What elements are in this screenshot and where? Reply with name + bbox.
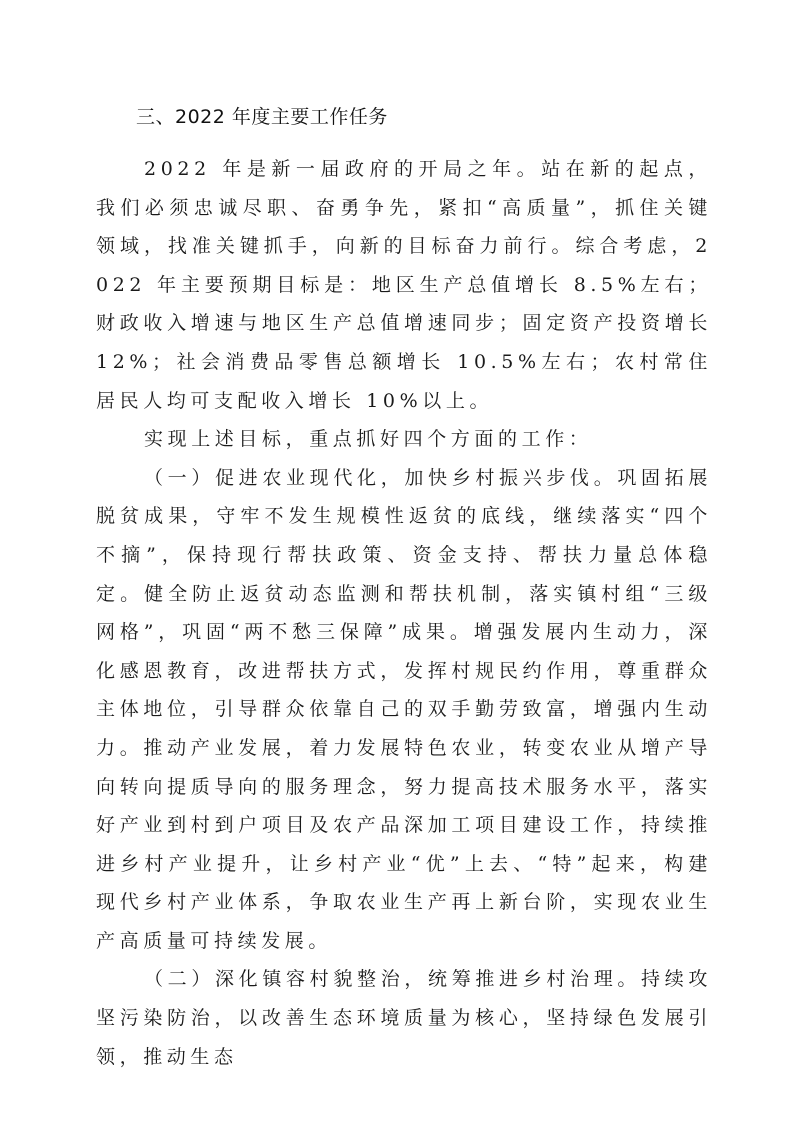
paragraph-targets: 2022 年是新一届政府的开局之年。站在新的起点，我们必须忠诚尽职、奋勇争先，紧… (96, 150, 712, 420)
document-page: 三、2022 年度主要工作任务 2022 年是新一届政府的开局之年。站在新的起点… (96, 98, 712, 1076)
paragraph-agriculture: （一）促进农业现代化，加快乡村振兴步伐。巩固拓展脱贫成果，守牢不发生规模性返贫的… (96, 459, 712, 961)
paragraph-governance: （二）深化镇容村貌整治，统筹推进乡村治理。持续攻坚污染防治，以改善生态环境质量为… (96, 960, 712, 1076)
paragraph-intro: 实现上述目标，重点抓好四个方面的工作： (96, 420, 712, 459)
section-heading: 三、2022 年度主要工作任务 (136, 98, 712, 136)
